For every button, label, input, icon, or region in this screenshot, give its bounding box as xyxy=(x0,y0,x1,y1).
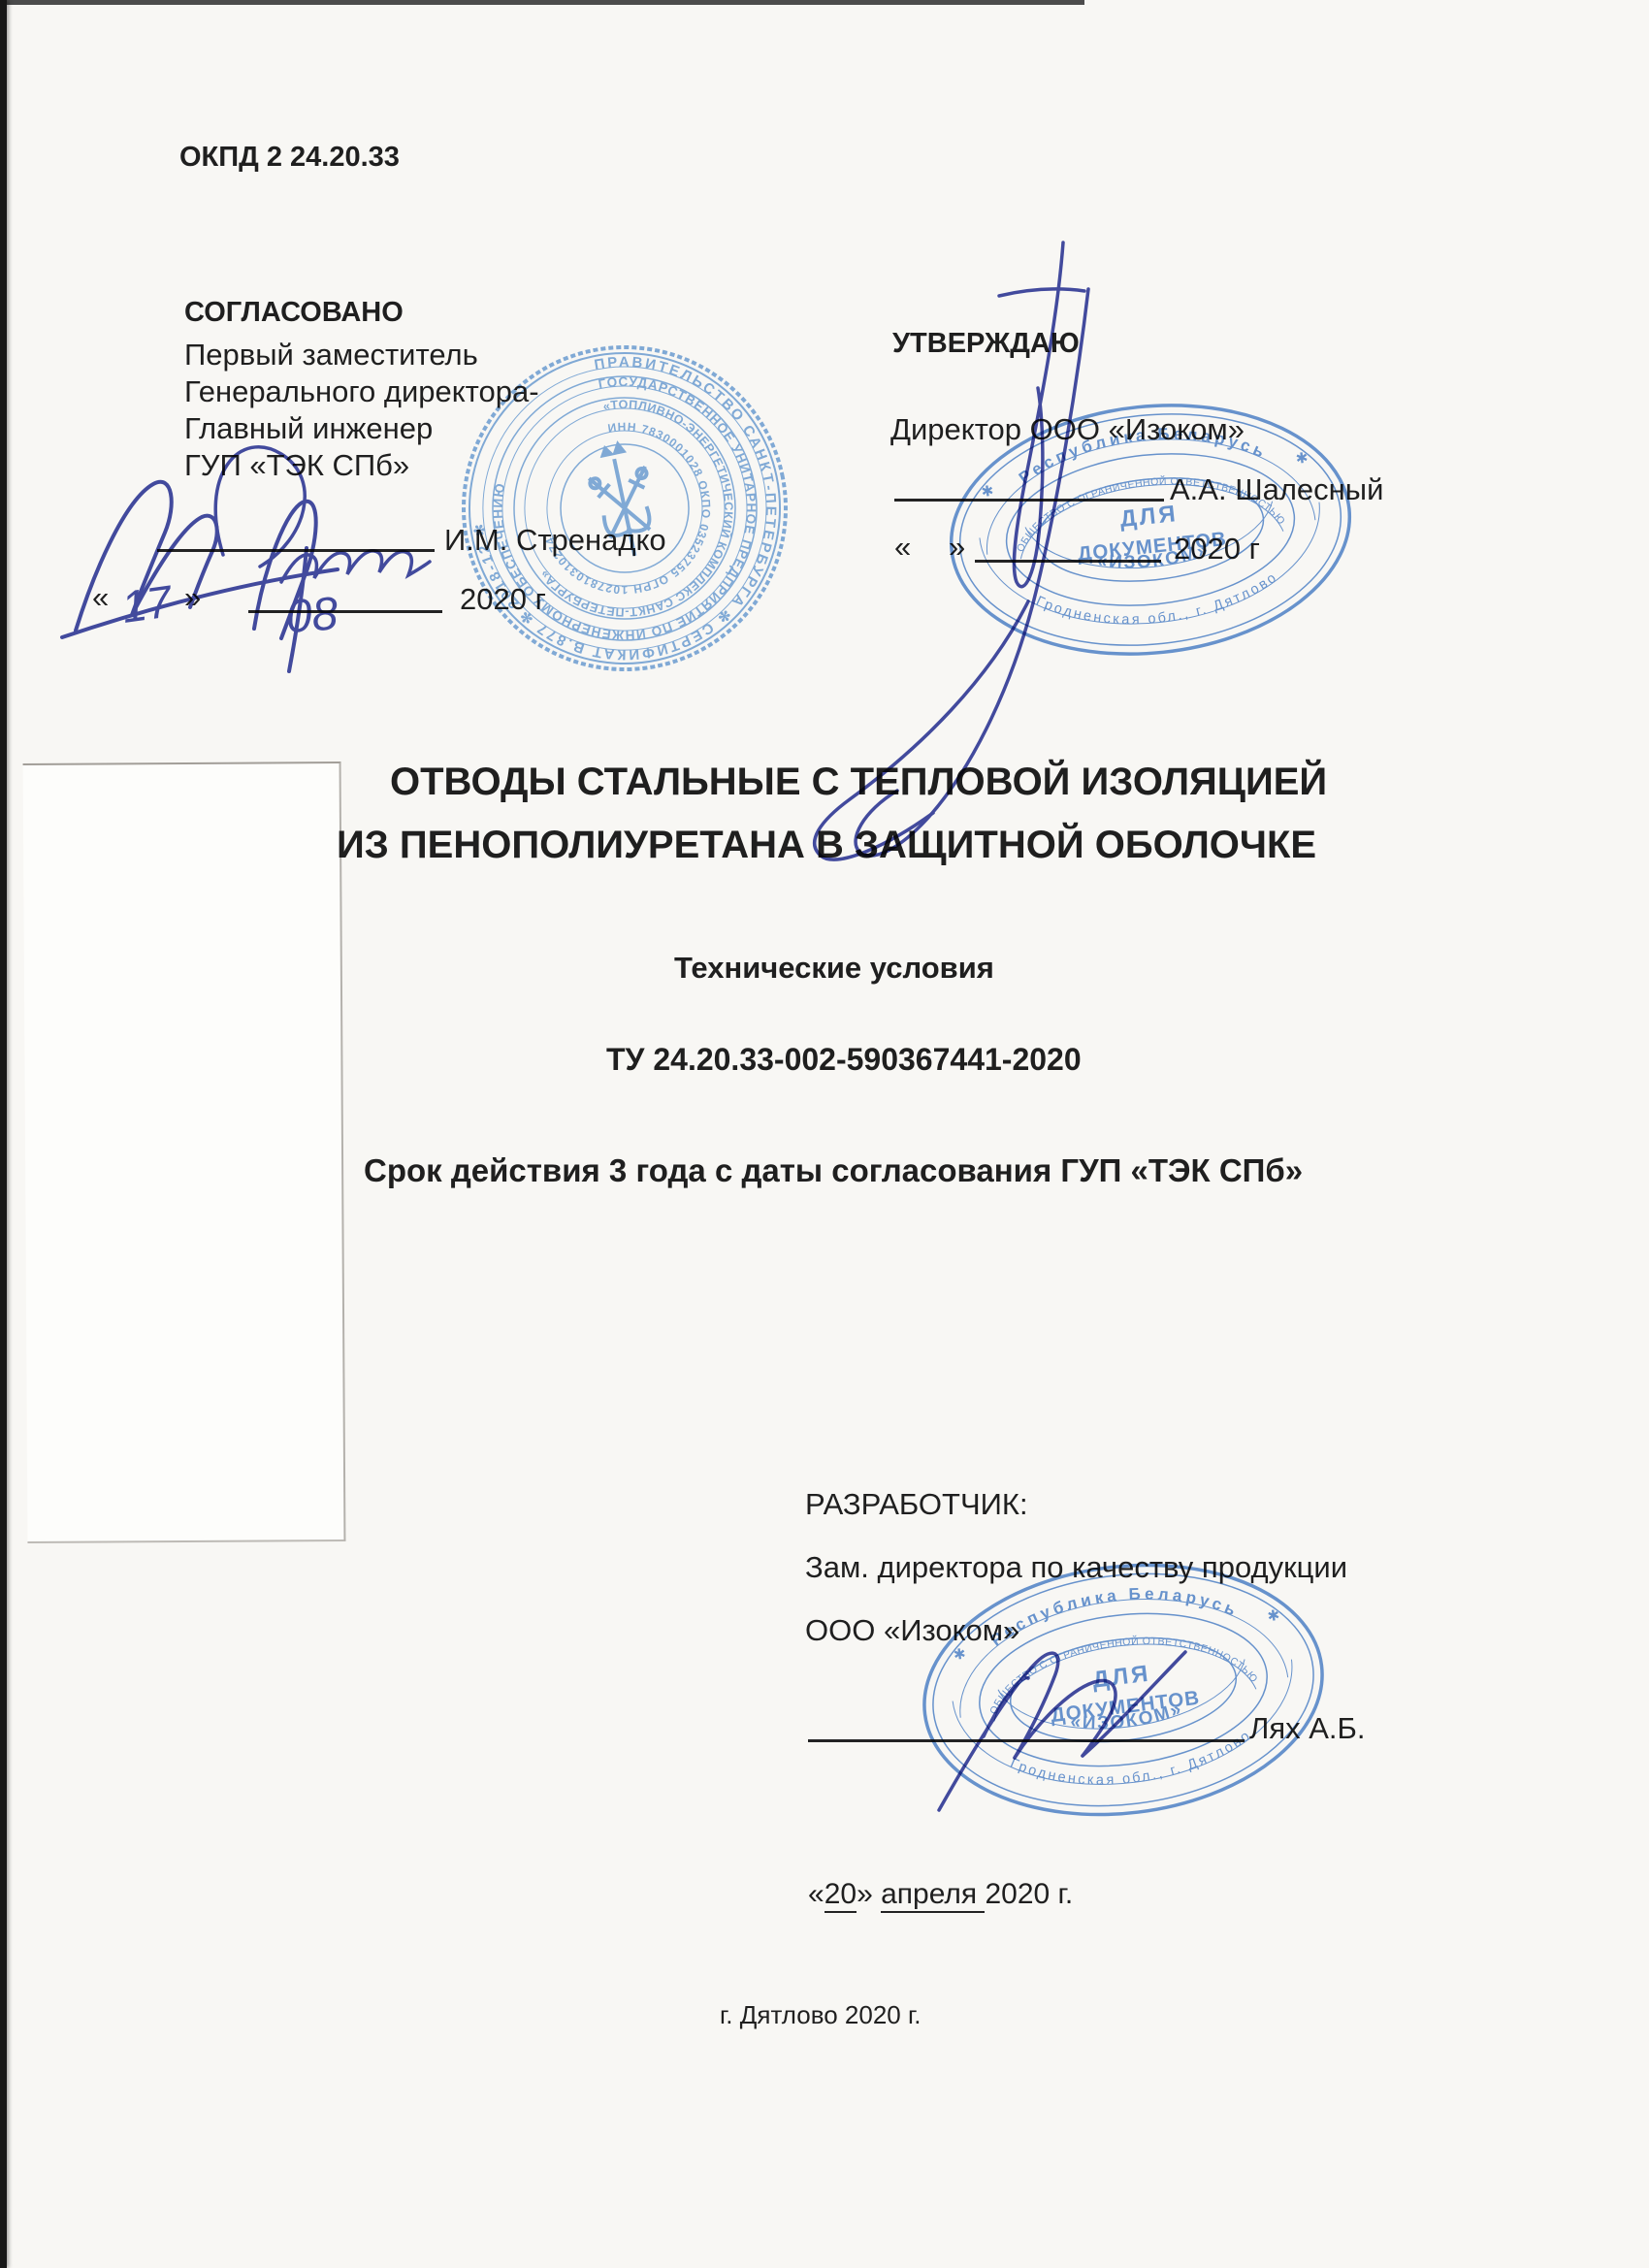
handwritten-month: 08 xyxy=(284,588,339,643)
developer-signature-scrawl xyxy=(939,1652,1185,1810)
scan-edge-left xyxy=(0,0,7,2268)
handwritten-day: 17 xyxy=(118,575,176,632)
agreed-signature-scrawl: 17 08 xyxy=(62,447,430,671)
handwritten-signatures: 17 08 xyxy=(0,0,1649,2268)
approved-signature-scrawl xyxy=(815,243,1088,859)
scanned-document-page: ОКПД 2 24.20.33 СОГЛАСОВАНО Первый замес… xyxy=(0,0,1649,2268)
